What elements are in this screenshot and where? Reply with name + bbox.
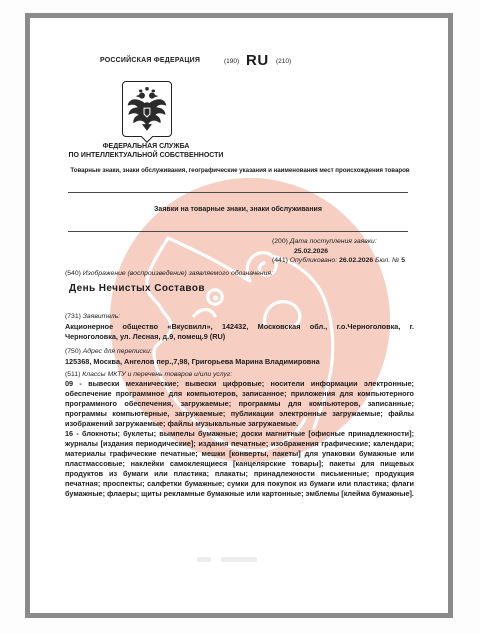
correspondence-label: (750) Адрес для переписки: xyxy=(65,348,152,355)
bulletin-label: Бюл. № xyxy=(375,257,399,264)
agency-line2: ПО ИНТЕЛЛЕКТУАЛЬНОЙ СОБСТВЕННОСТИ xyxy=(56,151,236,160)
inid-code-441: (441) xyxy=(272,257,288,264)
agency-line1: ФЕДЕРАЛЬНАЯ СЛУЖБА xyxy=(56,142,236,151)
faint-watermark-remnant xyxy=(221,557,257,562)
section-title: Заявки на товарные знаки, знаки обслужив… xyxy=(68,206,408,213)
mktu-class-item: 16 - блокноты; буклеты; вымпелы бумажные… xyxy=(65,429,414,499)
applicant-label: (731) Заявитель: xyxy=(65,313,120,320)
inid-code-540: (540) xyxy=(65,270,81,277)
published-date: 26.02.2026 xyxy=(339,257,373,264)
trademark-title: День Нечистых Составов xyxy=(69,283,205,294)
document-page: РОССИЙСКАЯ ФЕДЕРАЦИЯ (190) RU (210) ФЕДЕ… xyxy=(0,0,480,633)
published-line: (441) Опубликовано: 26.02.2026 Бюл. № 5 xyxy=(272,256,405,266)
publication-category: Товарные знаки, знаки обслуживания, геог… xyxy=(50,167,430,174)
mktu-class-list: 09 - вывески механические; вывески цифро… xyxy=(65,379,414,499)
inid-code-511: (511) xyxy=(65,371,80,378)
applicant-label-text: Заявитель: xyxy=(83,313,120,320)
eye-pupil xyxy=(213,295,218,300)
classes-label-text: Классы МКТУ и перечень товаров и/или усл… xyxy=(82,371,232,378)
country-title: РОССИЙСКАЯ ФЕДЕРАЦИЯ xyxy=(100,57,200,64)
filing-data-block: (200) Дата поступления заявки: 25.02.202… xyxy=(272,237,405,266)
mktu-class-item: 09 - вывески механические; вывески цифро… xyxy=(65,379,414,429)
published-label: Опубликовано: xyxy=(290,257,337,264)
correspondence-label-text: Адрес для переписки: xyxy=(83,348,152,355)
country-code: RU xyxy=(246,52,269,69)
divider-top xyxy=(68,192,408,193)
filing-date-value: 25.02.2026 xyxy=(294,247,405,257)
mark-image-label: Изображение (воспроизведение) заявляемог… xyxy=(83,270,273,277)
filing-date-label: (200) Дата поступления заявки: xyxy=(272,237,405,247)
correspondence-value: 125368, Москва, Ангелов пер.,7,98, Григо… xyxy=(65,357,414,367)
inid-code-210: (210) xyxy=(276,58,291,65)
mark-image-caption: (540) Изображение (воспроизведение) заяв… xyxy=(65,270,273,277)
applicant-value: Акционерное общество «Вкусвилл», 142432,… xyxy=(65,322,414,342)
faint-watermark-remnant xyxy=(197,557,211,562)
divider-bottom xyxy=(68,231,408,232)
double-headed-eagle-icon xyxy=(126,85,168,133)
inid-code-750: (750) xyxy=(65,348,81,355)
inid-code-190: (190) xyxy=(224,58,239,65)
inid-code-200: (200) xyxy=(272,238,288,245)
inid-code-731: (731) xyxy=(65,313,81,320)
agency-name: ФЕДЕРАЛЬНАЯ СЛУЖБА ПО ИНТЕЛЛЕКТУАЛЬНОЙ С… xyxy=(56,142,236,160)
coat-of-arms-badge xyxy=(122,81,172,137)
filing-date-label-text: Дата поступления заявки: xyxy=(290,238,377,245)
bulletin-number: 5 xyxy=(401,257,405,264)
classes-label: (511) Классы МКТУ и перечень товаров и/и… xyxy=(65,371,232,378)
